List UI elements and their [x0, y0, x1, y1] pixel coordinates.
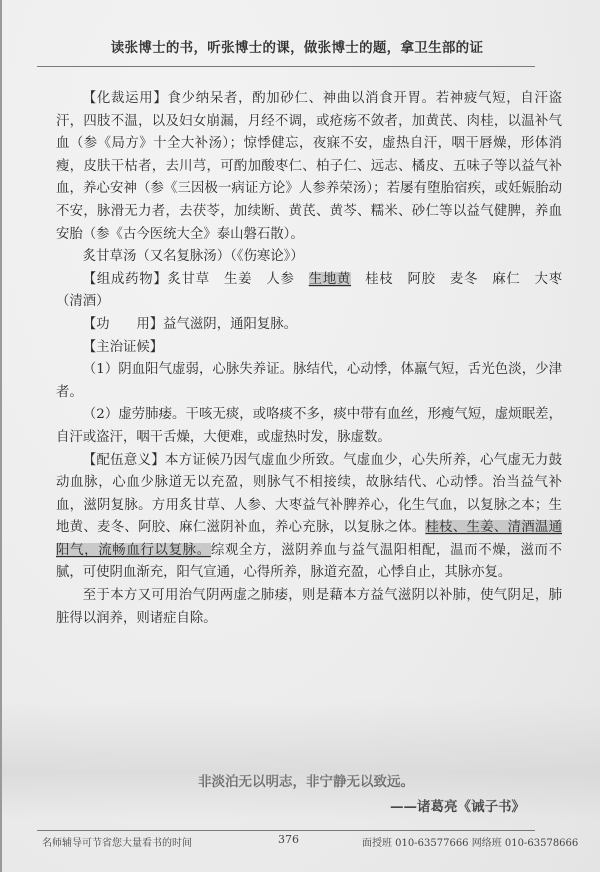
section-label: 【功 用】 — [83, 317, 163, 332]
running-header: 读张博士的书，听张博士的课，做张博士的题，拿卫生部的证 — [37, 36, 557, 56]
page-number: 376 — [278, 833, 299, 846]
herb-item: 麻仁 — [492, 272, 520, 287]
footer-divider — [37, 830, 535, 831]
section-label: 【组成药物】 — [83, 272, 168, 287]
herb-item: 麦冬 — [450, 272, 478, 287]
paragraph-function: 【功 用】益气滋阴，通阳复脉。 — [56, 314, 562, 337]
section-label: 【化裁运用】 — [83, 91, 168, 106]
footer-slogan: 名师辅导可节省您大量看书的时间 — [42, 834, 192, 849]
indication-1: （1）阴血阳气虚弱，心脉失养证。脉结代，心动悸，体羸气短，舌光色淡，少津者。 — [56, 359, 562, 404]
herb-item: 桂枝 — [365, 272, 393, 287]
footer-contact: 面授班 010-63577666 网络班 010-63578666 — [362, 834, 578, 849]
herb-item: 阿胶 — [408, 272, 436, 287]
herb-item-highlighted[interactable]: 生地黄 — [309, 272, 351, 287]
scanned-page: 读张博士的书，听张博士的课，做张博士的题，拿卫生部的证 【化裁运用】食少纳呆者，… — [0, 0, 600, 872]
paragraph-composition: 【组成药物】炙甘草 生姜 人参 生地黄 桂枝 阿胶 麦冬 麻仁 大枣（清酒） — [56, 269, 562, 314]
indications-heading: 【主治证候】 — [56, 337, 562, 360]
paragraph-meaning: 【配伍意义】本方证候乃因气虚血少所致。气虚血少，心失所养，心气虚无力鼓动血脉，心… — [56, 450, 562, 586]
motto-source: ——诸葛亮《诫子书》 — [390, 795, 525, 815]
indication-2: （2）虚劳肺痿。干咳无痰，或咯痰不多，痰中带有血丝，形瘦气短，虚烦眠差，自汗或盗… — [56, 404, 562, 449]
formula-title: 炙甘草汤（又名复脉汤）（《伤寒论》） — [56, 246, 562, 269]
herb-item: 生姜 — [224, 272, 252, 287]
motto-quote: 非淡泊无以明志，非宁静无以致远。 — [198, 770, 414, 790]
header-divider — [37, 66, 535, 67]
herb-item: 人参 — [266, 272, 294, 287]
paragraph-final: 至于本方又可用治气阴两虚之肺痿，则是藉本方益气滋阴以补肺，使气阴足，肺脏得以润养… — [56, 585, 562, 630]
herb-item: 炙甘草 — [168, 272, 210, 287]
paragraph-modification: 【化裁运用】食少纳呆者，酌加砂仁、神曲以消食开胃。若神疲气短，自汗盗汗，四肢不温… — [56, 88, 562, 246]
body-text: 【化裁运用】食少纳呆者，酌加砂仁、神曲以消食开胃。若神疲气短，自汗盗汗，四肢不温… — [56, 88, 562, 630]
section-label: 【配伍意义】 — [83, 453, 165, 468]
